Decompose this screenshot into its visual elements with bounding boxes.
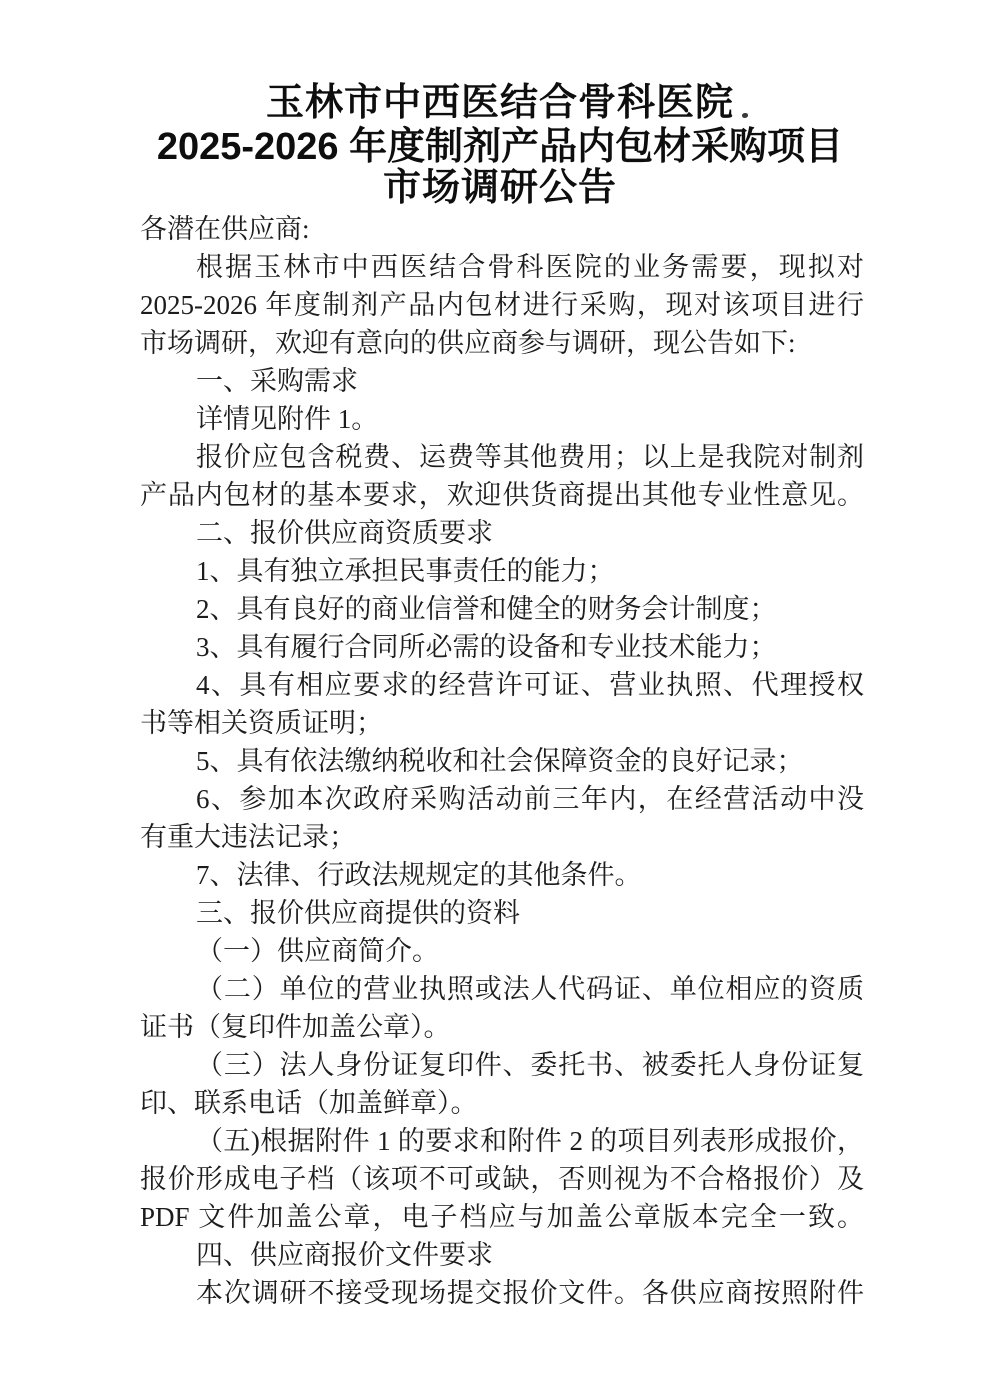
scanned-document-page: 玉林市中西医结合骨科医院 2025-2026 年度制剂产品内包材采购项目 市场调… bbox=[0, 0, 1000, 1391]
body-text-line: 三、报价供应商提供的资料 bbox=[140, 894, 864, 932]
body-text-line: 2、具有良好的商业信誉和健全的财务会计制度； bbox=[140, 590, 864, 628]
body-text-line: 有重大违法记录； bbox=[140, 818, 864, 856]
title-line-hospital-name: 玉林市中西医结合骨科医院 bbox=[0, 80, 1000, 126]
title-line-project-name: 2025-2026 年度制剂产品内包材采购项目 bbox=[0, 126, 1000, 168]
body-text-line: 6、参加本次政府采购活动前三年内，在经营活动中没 bbox=[140, 780, 864, 818]
body-text-line: 5、具有依法缴纳税收和社会保障资金的良好记录； bbox=[140, 742, 864, 780]
body-text-line: 报价形成电子档（该项不可或缺，否则视为不合格报价）及 bbox=[140, 1160, 864, 1198]
body-text-line: 3、具有履行合同所必需的设备和专业技术能力； bbox=[140, 628, 864, 666]
body-text-line: 本次调研不接受现场提交报价文件。各供应商按照附件 bbox=[140, 1274, 864, 1312]
body-text-line: 4、具有相应要求的经营许可证、营业执照、代理授权 bbox=[140, 666, 864, 704]
body-text-line: 产品内包材的基本要求，欢迎供货商提出其他专业性意见。 bbox=[140, 476, 864, 514]
body-text-line: （二）单位的营业执照或法人代码证、单位相应的资质 bbox=[140, 970, 864, 1008]
body-text-line: （一）供应商简介。 bbox=[140, 932, 864, 970]
body-text-line: 详情见附件 1。 bbox=[140, 400, 864, 438]
body-text-line: 根据玉林市中西医结合骨科医院的业务需要，现拟对 bbox=[140, 248, 864, 286]
body-text-line: 报价应包含税费、运费等其他费用；以上是我院对制剂 bbox=[140, 438, 864, 476]
scan-artifact-dot bbox=[742, 113, 748, 118]
body-text-line: （三）法人身份证复印件、委托书、被委托人身份证复 bbox=[140, 1046, 864, 1084]
title-line-announcement-type: 市场调研公告 bbox=[0, 168, 1000, 208]
document-title: 玉林市中西医结合骨科医院 2025-2026 年度制剂产品内包材采购项目 市场调… bbox=[0, 0, 1000, 208]
body-text-line: PDF 文件加盖公章，电子档应与加盖公章版本完全一致。 bbox=[140, 1198, 864, 1236]
body-text-line: 二、报价供应商资质要求 bbox=[140, 514, 864, 552]
body-text-line: 7、法律、行政法规规定的其他条件。 bbox=[140, 856, 864, 894]
body-text-line: 四、供应商报价文件要求 bbox=[140, 1236, 864, 1274]
body-text-line: 各潜在供应商: bbox=[140, 210, 864, 248]
document-body: 各潜在供应商:根据玉林市中西医结合骨科医院的业务需要，现拟对2025-2026 … bbox=[140, 210, 864, 1312]
body-text-line: （五)根据附件 1 的要求和附件 2 的项目列表形成报价， bbox=[140, 1122, 864, 1160]
body-text-line: 1、具有独立承担民事责任的能力； bbox=[140, 552, 864, 590]
body-text-line: 市场调研，欢迎有意向的供应商参与调研，现公告如下: bbox=[140, 324, 864, 362]
body-text-line: 书等相关资质证明； bbox=[140, 704, 864, 742]
body-text-line: 一、采购需求 bbox=[140, 362, 864, 400]
body-text-line: 印、联系电话（加盖鲜章）。 bbox=[140, 1084, 864, 1122]
body-text-line: 2025-2026 年度制剂产品内包材进行采购，现对该项目进行 bbox=[140, 286, 864, 324]
body-text-line: 证书（复印件加盖公章）。 bbox=[140, 1008, 864, 1046]
